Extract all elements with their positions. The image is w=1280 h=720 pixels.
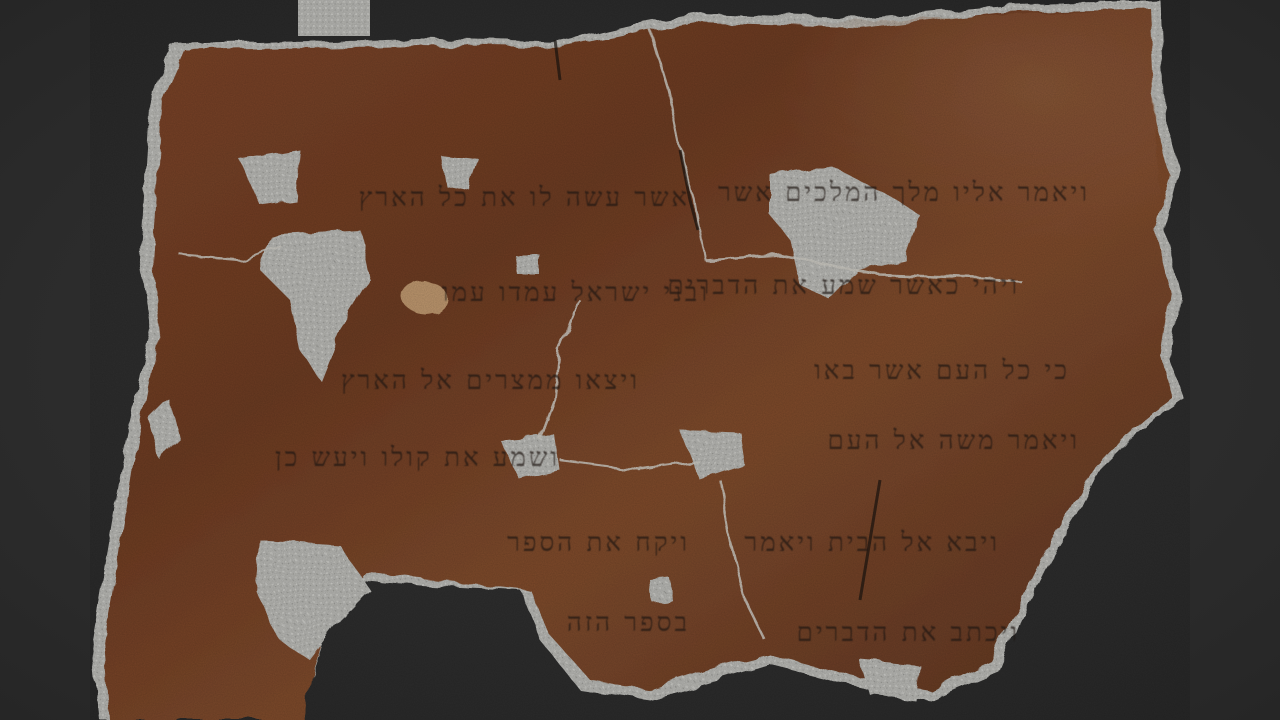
text-line-11: ויכתב את הדברים [797, 618, 1020, 648]
text-line-8: ושמע את קולו ויעש כן [275, 443, 560, 473]
text-line-9: ויבא אל הבית ויאמר [744, 528, 1000, 558]
text-line-4: ובני ישראל עמדו עמו [442, 278, 710, 308]
text-line-3: ויהי כאשר שמע את הדברים [667, 271, 1020, 301]
text-line-7: ויאמר משה אל העם [828, 426, 1080, 456]
text-line-12: בספר הזה [567, 608, 690, 638]
text-line-2: אשר עשה לו את כל הארץ [359, 183, 690, 213]
text-line-1: ויאמר אליו מלך המלכים אשר [718, 178, 1090, 208]
text-line-5: כי כל העם אשר באו [814, 356, 1070, 386]
text-line-6: ויצאו ממצרים אל הארץ [341, 366, 640, 396]
text-line-10: ויקח את הספר [507, 528, 690, 558]
